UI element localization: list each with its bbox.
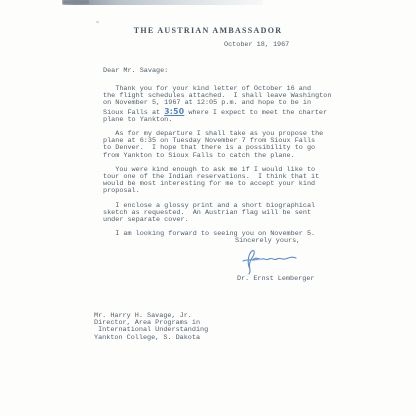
handwritten-time-annotation: 3:50	[164, 107, 184, 116]
body-line: plane to Yankton.	[103, 117, 343, 124]
letter-body: Thank you for your kind letter of Octobe…	[103, 86, 343, 245]
complimentary-close: Sincerely yours,	[235, 238, 300, 245]
signer-name: Dr. Ernst Lemberger	[237, 276, 315, 283]
handwritten-signature	[240, 247, 298, 275]
date-line: October 18, 1967	[224, 42, 289, 49]
body-line: I am looking forward to seeing you on No…	[103, 231, 343, 238]
paragraph-reservations: You were kind enough to ask me if I woul…	[103, 167, 343, 196]
recipient-line: Yankton College, S. Dakota	[94, 335, 208, 342]
salutation: Dear Mr. Savage:	[103, 68, 168, 75]
body-line: under separate cover.	[103, 217, 343, 224]
letter-page: THE AUSTRIAN AMBASSADOR October 18, 1967…	[0, 0, 416, 416]
body-line: on November 5, 1967 at 12:05 p.m. and ho…	[103, 100, 343, 107]
scan-edge-dark-mark	[63, 0, 89, 4]
recipient-address-block: Mr. Harry H. Savage, Jr. Director, Area …	[94, 313, 208, 342]
paragraph-enclosures: I enclose a glossy print and a short bio…	[103, 203, 343, 225]
body-text: where I expect to meet the charter	[184, 109, 327, 117]
scan-edge-shadow	[62, 0, 263, 5]
scan-speck	[96, 21, 99, 23]
letterhead: THE AUSTRIAN AMBASSADOR	[0, 26, 416, 35]
paragraph-departure: As for my departure I shall take as you …	[103, 131, 343, 160]
body-line: proposal.	[103, 188, 343, 195]
body-line: from Yankton to Sioux Falls to catch the…	[103, 153, 343, 160]
paragraph-looking-forward: I am looking forward to seeing you on No…	[103, 231, 343, 238]
paragraph-travel-arrival: Thank you for your kind letter of Octobe…	[103, 86, 343, 124]
